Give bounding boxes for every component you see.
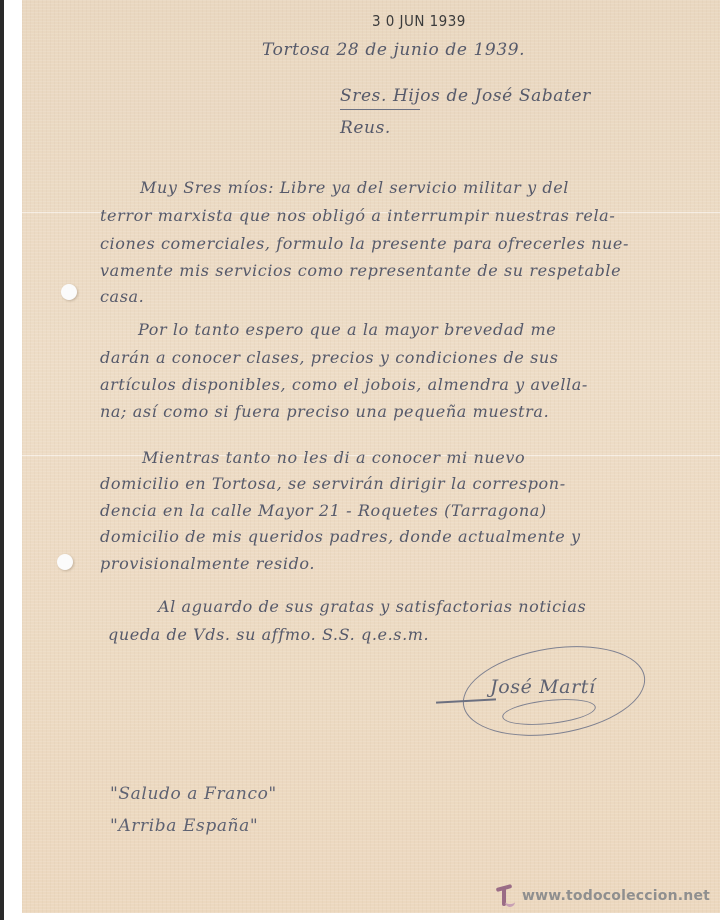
body-line: ciones comerciales, formulo la presente … [100,234,629,253]
body-line: na; así como si fuera preciso una pequeñ… [100,402,549,421]
place-date: Tortosa 28 de junio de 1939. [262,40,525,60]
body-line: artículos disponibles, como el jobois, a… [100,375,588,394]
punch-hole [61,284,77,300]
body-line: domicilio en Tortosa, se servirán dirigi… [100,474,566,493]
watermark-text: www.todocoleccion.net [522,888,710,904]
body-line: Al aguardo de sus gratas y satisfactoria… [158,597,586,616]
body-line: vamente mis servicios como representante… [100,261,621,280]
recipient-line2: Reus. [340,118,391,138]
watermark: www.todocoleccion.net [494,884,710,908]
body-line: domicilio de mis queridos padres, donde … [100,527,581,546]
underline [340,109,420,110]
body-line: queda de Vds. su affmo. S.S. q.e.s.m. [108,625,429,644]
body-line: Por lo tanto espero que a la mayor breve… [138,320,556,339]
body-line: dencia en la calle Mayor 21 - Roquetes (… [100,501,547,520]
body-line: terror marxista que nos obligó a interru… [100,206,615,225]
signature: José Martí [490,676,596,698]
date-stamp: 3 0 JUN 1939 [372,12,466,30]
postscript-line: "Arriba España" [110,816,258,836]
body-line: provisionalmente resido. [100,554,315,573]
body-line: darán a conocer clases, precios y condic… [100,348,559,367]
punch-hole [57,554,73,570]
postscript-line: "Saludo a Franco" [110,784,277,804]
scan-edge [0,0,4,920]
body-line: casa. [100,287,144,306]
body-line: Muy Sres míos: Libre ya del servicio mil… [140,178,569,197]
todocoleccion-logo-icon [494,884,516,908]
recipient-line1: Sres. Hijos de José Sabater [340,86,591,106]
body-line: Mientras tanto no les di a conocer mi nu… [142,448,525,467]
